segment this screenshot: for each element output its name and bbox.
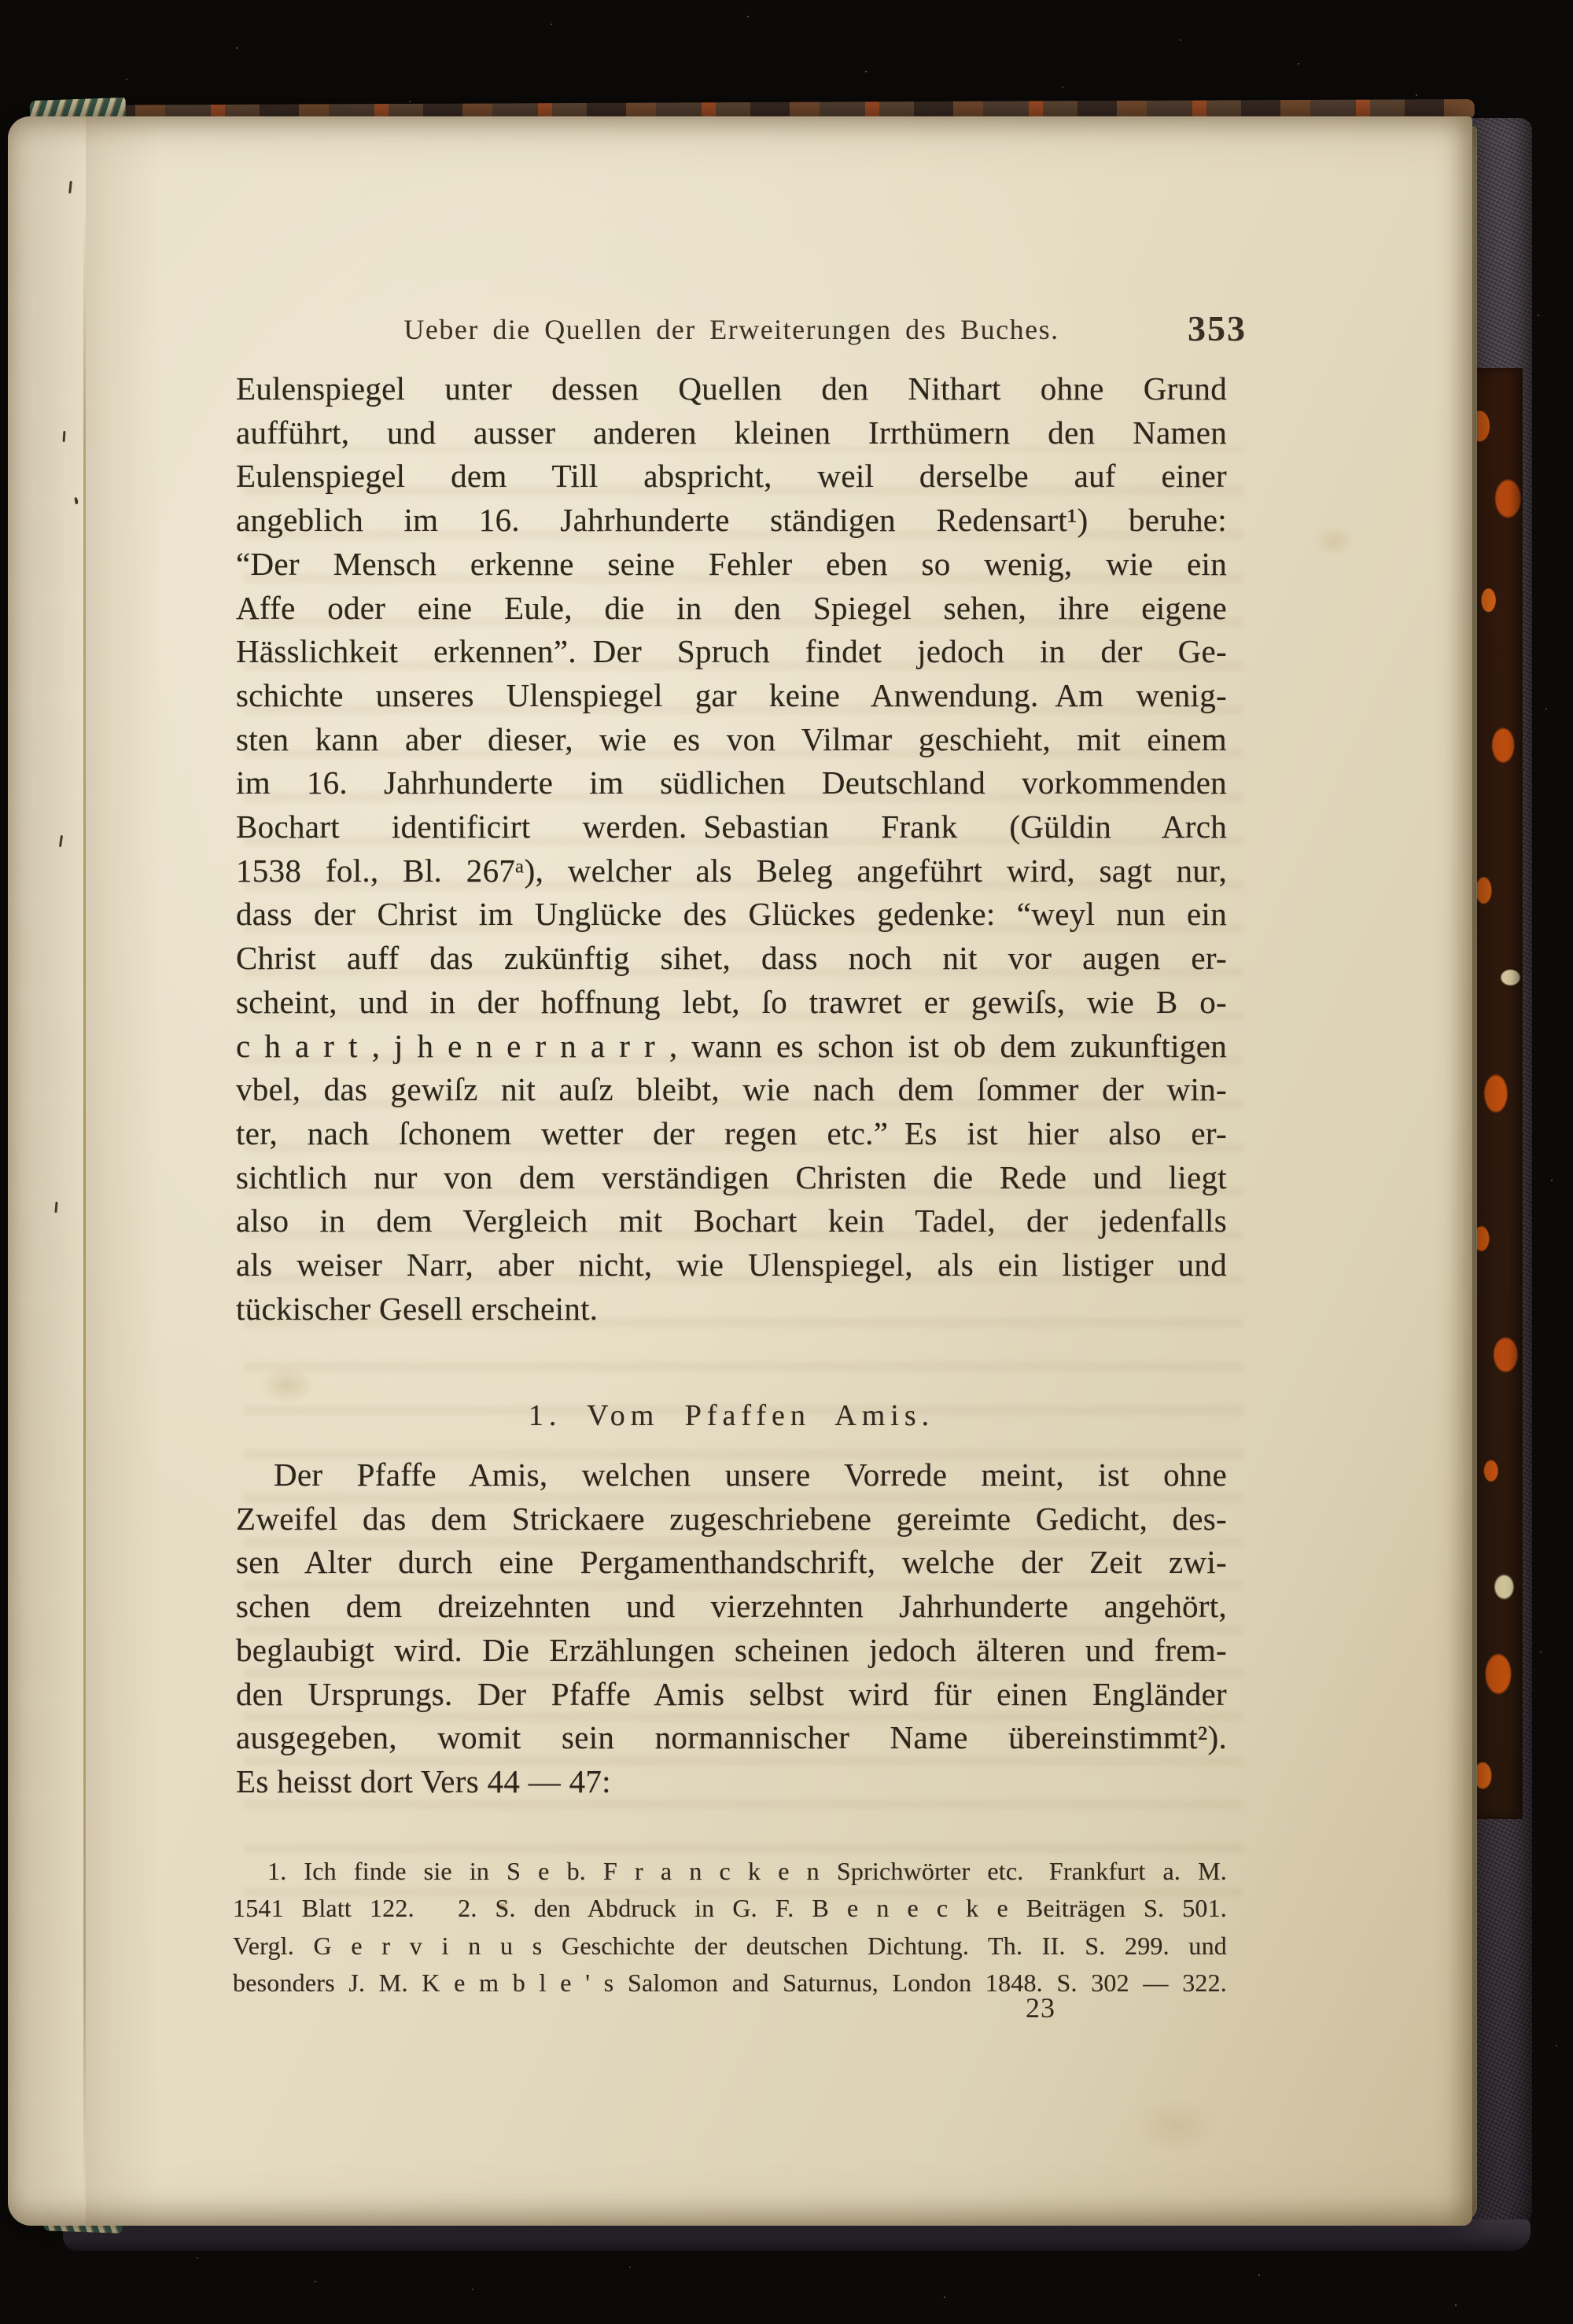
paragraph-1: Eulenspiegel unter dessen Quellen den Ni… <box>236 367 1227 1331</box>
margin-ink-mark <box>68 181 72 193</box>
photo-background: Ueber die Quellen der Erweiterungen des … <box>0 0 1573 2324</box>
book-page: Ueber die Quellen der Erweiterungen des … <box>8 116 1472 2226</box>
text-line: dass der Christ im Unglücke des Glückes … <box>236 893 1227 937</box>
text-line: “Der Mensch erkenne seine Fehler eben so… <box>236 543 1227 587</box>
paper-stain <box>1313 525 1354 557</box>
section-heading: 1. Vom Pfaffen Amis. <box>236 1398 1227 1433</box>
text-line: Hässlichkeit erkennen”. Der Spruch finde… <box>236 630 1227 674</box>
text-line: sichtlich nur von dem verständigen Chris… <box>236 1156 1227 1200</box>
text-line: angeblich im 16. Jahrhunderte ständigen … <box>236 499 1227 543</box>
text-line: Eulenspiegel dem Till abspricht, weil de… <box>236 455 1227 499</box>
running-title: Ueber die Quellen der Erweiterungen des … <box>236 313 1227 346</box>
signature-mark: 23 <box>1005 1991 1076 2024</box>
text-line: scheint, und in der hoffnung lebt, ſo tr… <box>236 981 1227 1025</box>
page-number: 353 <box>1188 308 1247 349</box>
text-line: Der Pfaffe Amis, welchen unsere Vorrede … <box>236 1453 1227 1497</box>
text-line: besonders J. M. K e m b l e ' s Salomon … <box>233 1965 1227 2002</box>
margin-ink-mark <box>74 497 79 505</box>
text-line: im 16. Jahrhunderte im südlichen Deutsch… <box>236 761 1227 805</box>
text-line: Bochart identificirt werden. Sebastian F… <box>236 805 1227 849</box>
gutter-shadow <box>86 116 180 2226</box>
text-line: c h a r t , j h e n e r n a r r , wann e… <box>236 1025 1227 1069</box>
footnotes: 1. Ich finde sie in S e b. F r a n c k e… <box>233 1853 1227 2002</box>
text-line: den Ursprungs. Der Pfaffe Amis selbst wi… <box>236 1673 1227 1717</box>
text-line: Vergl. G e r v i n u s Geschichte der de… <box>233 1928 1227 1965</box>
text-line: ausgegeben, womit sein normannischer Nam… <box>236 1716 1227 1760</box>
text-line: 1541 Blatt 122. 2. S. den Abdruck in G. … <box>233 1890 1227 1927</box>
text-line: aufführt, und ausser anderen kleinen Irr… <box>236 411 1227 455</box>
text-line: also in dem Vergleich mit Bochart kein T… <box>236 1199 1227 1243</box>
text-line: als weiser Narr, aber nicht, wie Ulenspi… <box>236 1243 1227 1287</box>
text-line: Affe oder eine Eule, die in den Spiegel … <box>236 587 1227 631</box>
text-line: Christ auff das zukünftig sihet, dass no… <box>236 937 1227 981</box>
text-line: 1. Ich finde sie in S e b. F r a n c k e… <box>233 1853 1227 1890</box>
text-line: vbel, das gewiſz nit auſz bleibt, wie na… <box>236 1068 1227 1112</box>
text-line: beglaubigt wird. Die Erzählungen scheine… <box>236 1629 1227 1673</box>
text-line: sen Alter durch eine Pergamenthandschrif… <box>236 1541 1227 1585</box>
margin-ink-mark <box>59 835 63 847</box>
text-line: ter, nach ſchonem wetter der regen etc.”… <box>236 1112 1227 1156</box>
text-line: schichte unseres Ulenspiegel gar keine A… <box>236 674 1227 718</box>
text-line: Eulenspiegel unter dessen Quellen den Ni… <box>236 367 1227 411</box>
text-line: 1538 fol., Bl. 267ᵃ), welcher als Beleg … <box>236 849 1227 893</box>
text-line: sten kann aber dieser, wie es von Vilmar… <box>236 718 1227 762</box>
dust-specks <box>0 0 2 2</box>
marbled-cover-edge <box>1474 368 1523 1819</box>
paper-stain <box>1133 2098 1219 2153</box>
text-line: schen dem dreizehnten und vierzehnten Ja… <box>236 1585 1227 1629</box>
margin-ink-mark <box>54 1202 57 1213</box>
margin-ink-mark <box>63 431 66 442</box>
paragraph-2: Der Pfaffe Amis, welchen unsere Vorrede … <box>236 1453 1227 1804</box>
gutter-crease <box>83 211 86 2208</box>
text-line: tückischer Gesell erscheint. <box>236 1287 1227 1331</box>
text-line: Zweifel das dem Strickaere zugeschrieben… <box>236 1497 1227 1541</box>
text-line: Es heisst dort Vers 44 — 47: <box>236 1760 1227 1804</box>
running-header: Ueber die Quellen der Erweiterungen des … <box>236 313 1247 351</box>
